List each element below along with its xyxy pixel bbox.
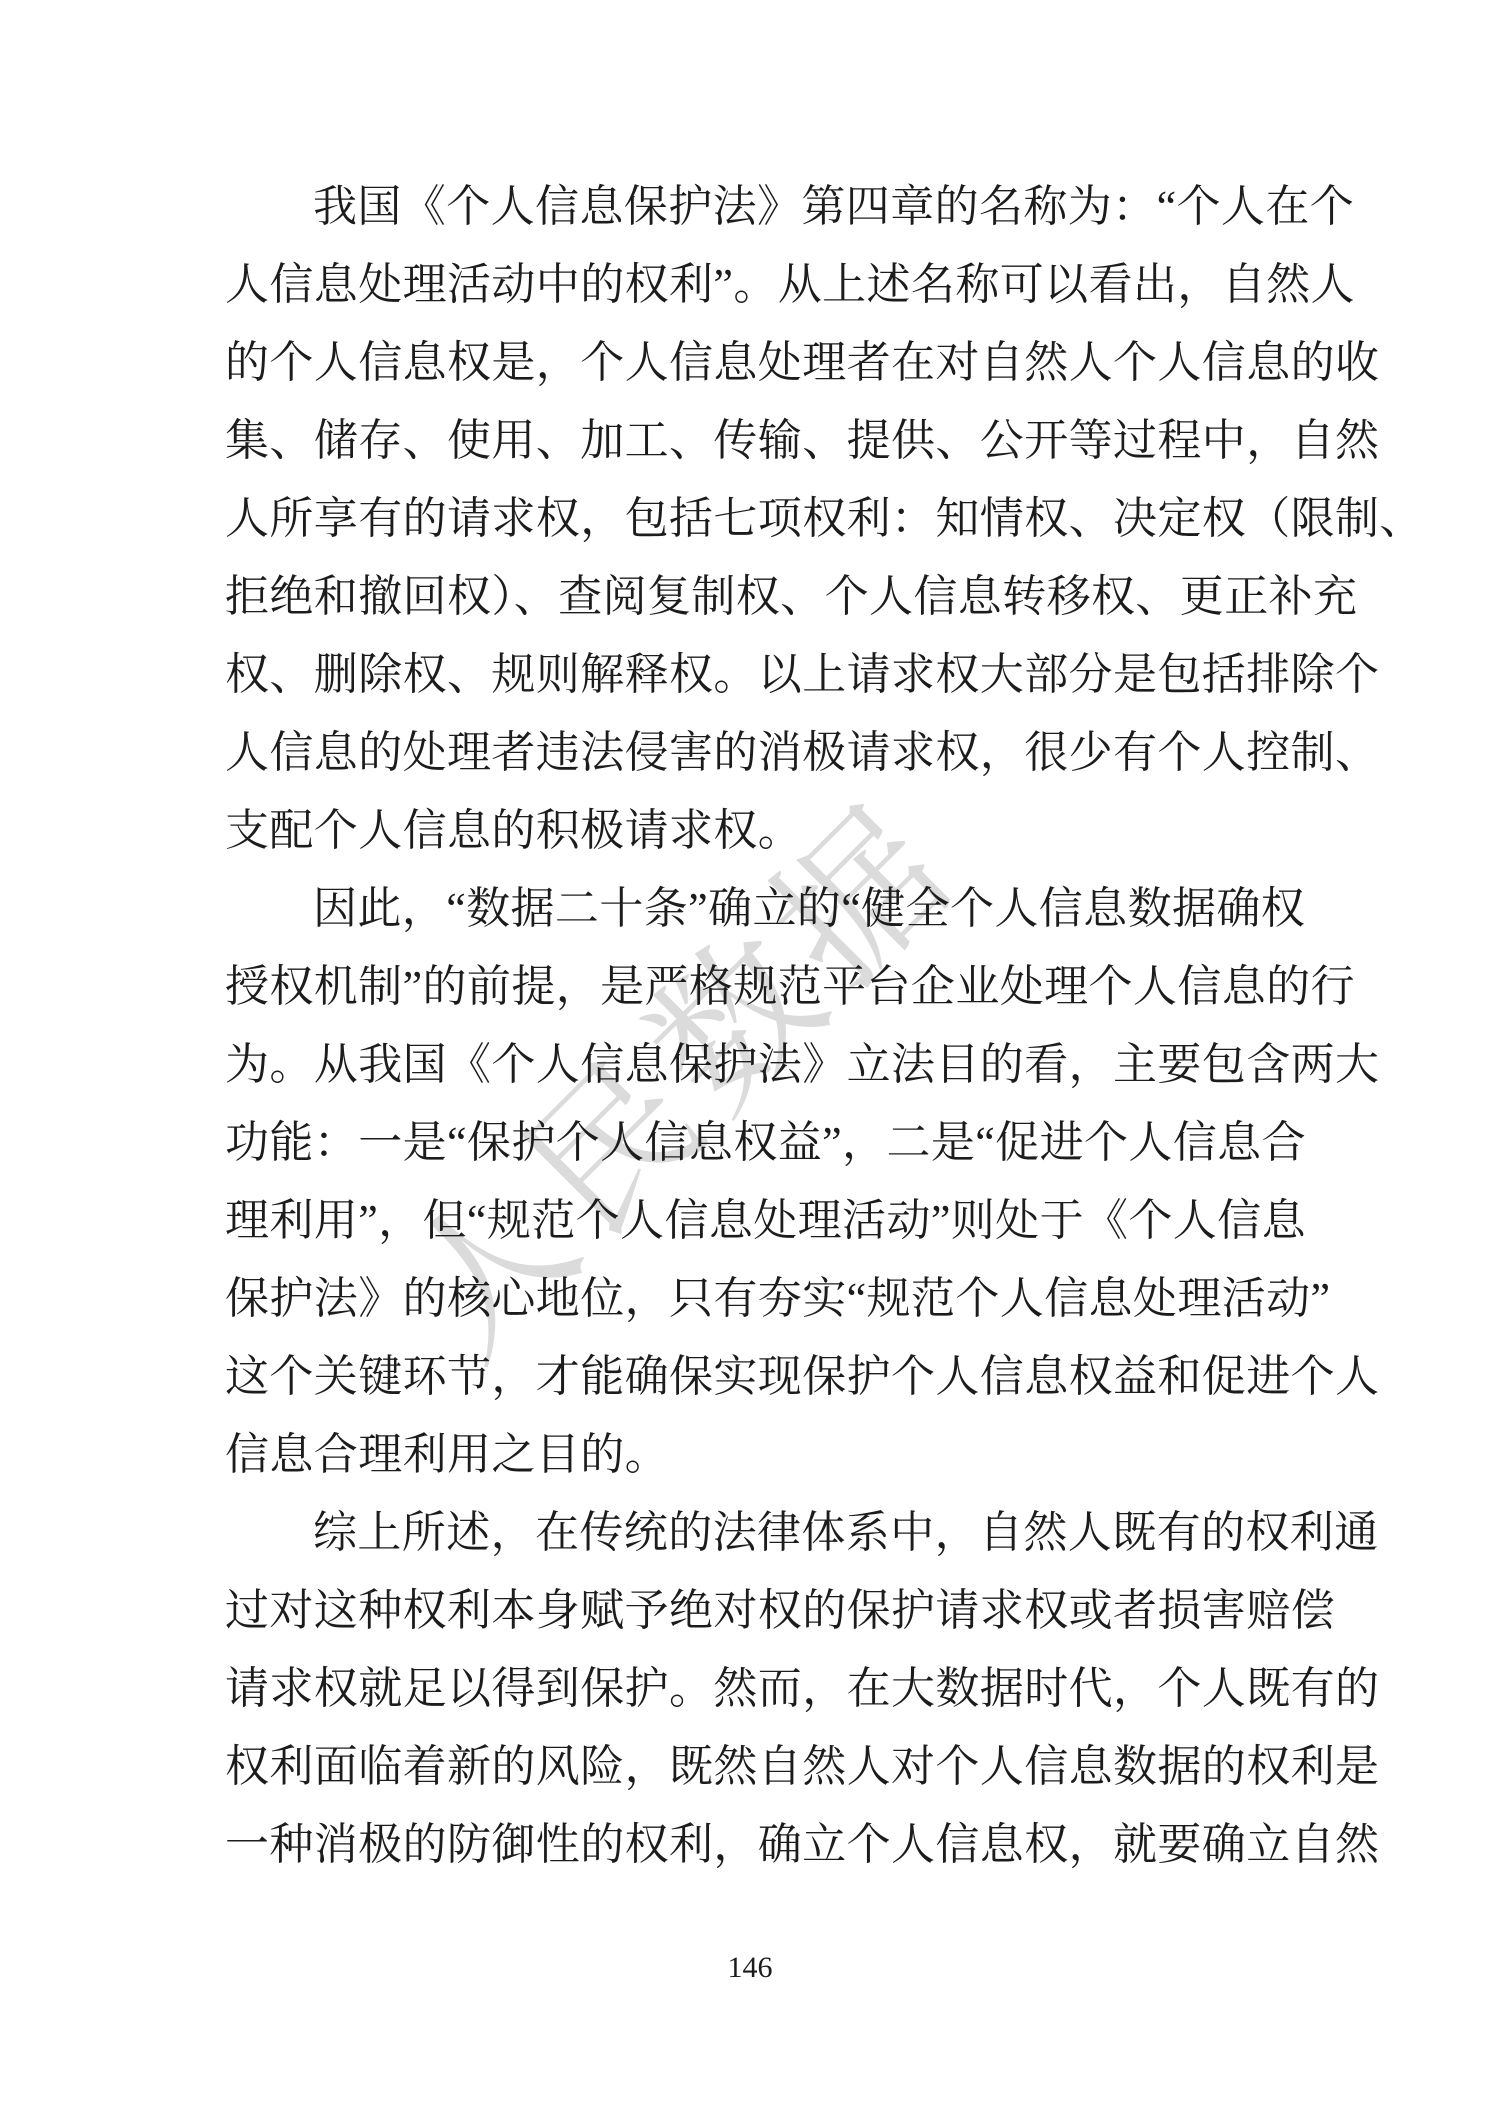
- text-line: 一种消极的防御性的权利，确立个人信息权，就要确立自然: [225, 1806, 1365, 1884]
- text-line: 权利面临着新的风险，既然自然人对个人信息数据的权利是: [225, 1728, 1365, 1806]
- text-line: 这个关键环节，才能确保实现保护个人信息权益和促进个人: [225, 1338, 1365, 1416]
- text-line: 人信息的处理者违法侵害的消极请求权，很少有个人控制、: [225, 714, 1365, 792]
- text-line: 支配个人信息的积极请求权。: [225, 792, 1365, 870]
- text-line: 权、删除权、规则解释权。以上请求权大部分是包括排除个: [225, 636, 1365, 714]
- text-line: 人信息处理活动中的权利”。从上述名称可以看出，自然人: [225, 246, 1365, 324]
- text-line: 因此，“数据二十条”确立的“健全个人信息数据确权: [225, 870, 1365, 948]
- text-line: 理利用”，但“规范个人信息处理活动”则处于《个人信息: [225, 1182, 1365, 1260]
- text-line: 为。从我国《个人信息保护法》立法目的看，主要包含两大: [225, 1026, 1365, 1104]
- text-line: 拒绝和撤回权）、查阅复制权、个人信息转移权、更正补充: [225, 558, 1365, 636]
- document-body: 我国《个人信息保护法》第四章的名称为：“个人在个 人信息处理活动中的权利”。从上…: [225, 168, 1365, 1884]
- text-line: 我国《个人信息保护法》第四章的名称为：“个人在个: [225, 168, 1365, 246]
- text-line: 保护法》的核心地位，只有夯实“规范个人信息处理活动”: [225, 1260, 1365, 1338]
- text-line: 请求权就足以得到保护。然而，在大数据时代，个人既有的: [225, 1650, 1365, 1728]
- text-line: 综上所述，在传统的法律体系中，自然人既有的权利通: [225, 1494, 1365, 1572]
- text-line: 集、储存、使用、加工、传输、提供、公开等过程中，自然: [225, 402, 1365, 480]
- text-line: 的个人信息权是，个人信息处理者在对自然人个人信息的收: [225, 324, 1365, 402]
- page-number: 146: [0, 1948, 1500, 1988]
- text-line: 信息合理利用之目的。: [225, 1416, 1365, 1494]
- text-line: 过对这种权利本身赋予绝对权的保护请求权或者损害赔偿: [225, 1572, 1365, 1650]
- text-line: 人所享有的请求权，包括七项权利：知情权、决定权（限制、: [225, 480, 1365, 558]
- text-line: 授权机制”的前提，是严格规范平台企业处理个人信息的行: [225, 948, 1365, 1026]
- document-page: 人民数据 我国《个人信息保护法》第四章的名称为：“个人在个 人信息处理活动中的权…: [0, 0, 1500, 2121]
- text-line: 功能：一是“保护个人信息权益”，二是“促进个人信息合: [225, 1104, 1365, 1182]
